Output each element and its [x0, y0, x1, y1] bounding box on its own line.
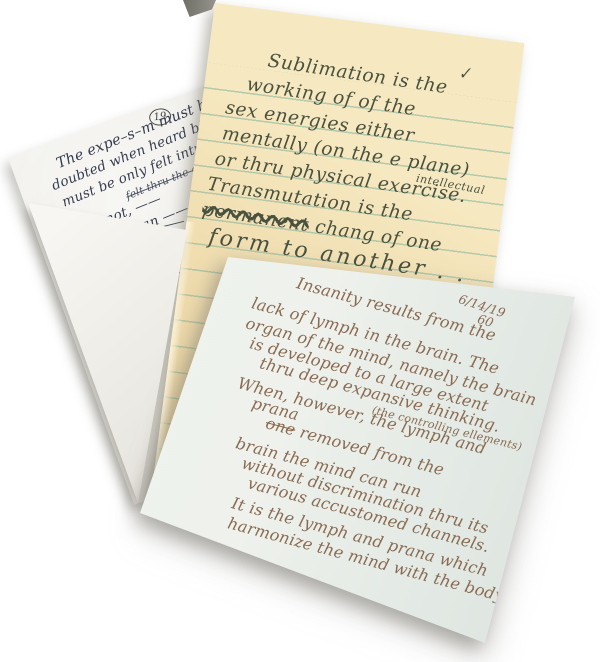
- photo-of-three-handwritten-notes: 19 The expe–s–m must b doubted when hear…: [0, 0, 600, 662]
- blue-page-shadow-wrap: 6/14/19 60 Insanity results from the lac…: [0, 0, 600, 662]
- blue-note-page: 6/14/19 60 Insanity results from the lac…: [140, 257, 576, 644]
- blue-page-handwriting: Insanity results from the lack of lymph …: [252, 273, 592, 533]
